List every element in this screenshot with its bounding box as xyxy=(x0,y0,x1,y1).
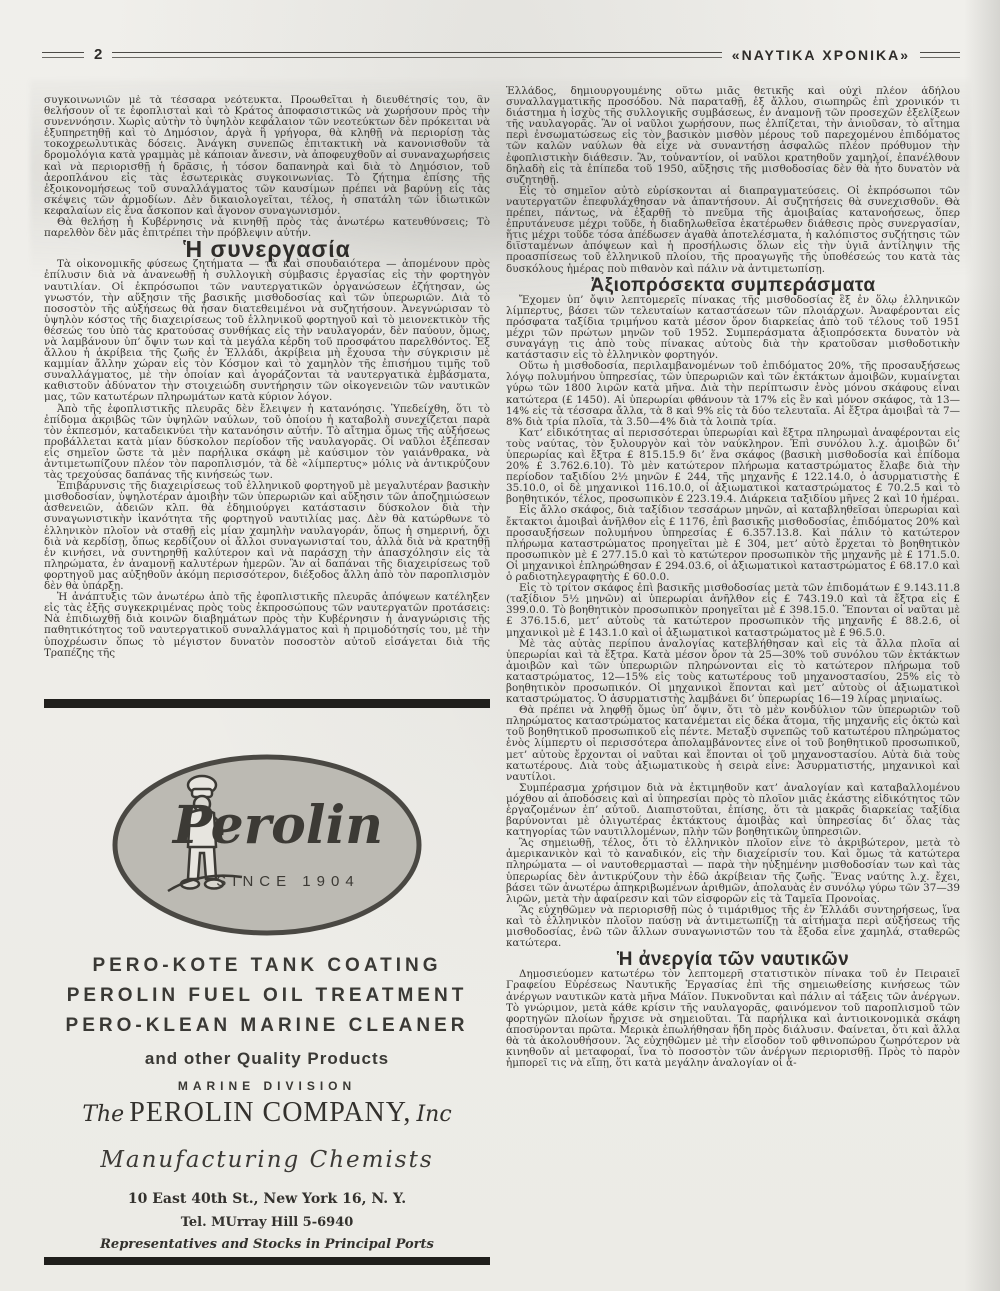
ad-bottom-rule xyxy=(44,1257,490,1265)
right-column-intro: Ἑλλάδος, δημιουργουμένης οὕτω μιᾶς θετικ… xyxy=(506,86,960,275)
page-number: 2 xyxy=(94,46,102,63)
perolin-logo: Perolin SINCE 1904 xyxy=(110,751,424,939)
left-column-body: Τὰ οἰκονομικῆς φύσεως ζητήματα — τὰ καὶ … xyxy=(44,259,490,658)
ad-product-line: PERO-KLEAN MARINE CLEANER xyxy=(44,1015,490,1037)
perolin-advertisement: Perolin SINCE 1904 PERO-KOTE TANK COATIN… xyxy=(44,699,490,1265)
page-header: 2 «ΝΑΥΤΙΚΑ ΧΡΟΝΙΚΑ» xyxy=(42,46,960,63)
ad-address: 10 East 40th St., New York 16, N. Y. xyxy=(44,1191,490,1207)
right-column-mid: Ἔχομεν ὑπ’ ὄψιν λεπτομερεῖς πίνακας τῆς … xyxy=(506,295,960,950)
header-rule-left xyxy=(42,52,84,58)
paragraph: Ἀπὸ τῆς ἐφοπλιστικῆς πλευρᾶς δὲν ἔλειψεν… xyxy=(44,404,490,482)
paragraph: Ἂς σημειωθῇ, τέλος, ὅτι τὸ ἑλληνικὸν πλο… xyxy=(506,838,960,905)
ad-product-list: PERO-KOTE TANK COATING PEROLIN FUEL OIL … xyxy=(44,947,490,1069)
svg-text:SINCE 1904: SINCE 1904 xyxy=(216,873,359,890)
ad-product-line: PEROLIN FUEL OIL TREATMENT xyxy=(44,985,490,1007)
section-heading-anergia: Ἡ ἀνεργία τῶν ναυτικῶν xyxy=(506,954,960,965)
paragraph: Δημοσιεύομεν κατωτέρω τὸν λεπτομερῆ στατ… xyxy=(506,969,960,1069)
paragraph: Ἑλλάδος, δημιουργουμένης οὕτω μιᾶς θετικ… xyxy=(506,86,960,186)
left-column: συγκοινωνιῶν μὲ τὰ τέσσαρα νεότευκτα. Πρ… xyxy=(44,95,490,698)
company-the: The xyxy=(82,1102,124,1127)
ad-tagline: and other Quality Products xyxy=(44,1049,490,1069)
masthead-title: «ΝΑΥΤΙΚΑ ΧΡΟΝΙΚΑ» xyxy=(732,47,910,63)
paragraph: Τὰ οἰκονομικῆς φύσεως ζητήματα — τὰ καὶ … xyxy=(44,259,490,403)
paragraph: Ἡ ἀνάπτυξις τῶν ἀνωτέρω ἀπὸ τῆς ἐφοπλιστ… xyxy=(44,592,490,659)
paragraph: Μὲ τὰς αὐτὰς περίπου ἀναλογίας κατεβλήθη… xyxy=(506,639,960,706)
paragraph: Εἰς τὸ σημεῖον αὐτὸ εὑρίσκονται αἱ διαπρ… xyxy=(506,186,960,275)
company-inc: Inc xyxy=(416,1102,451,1127)
paragraph: Θὰ πρέπει νὰ ληφθῇ ὅμως ὑπ’ ὄψιν, ὅτι τὸ… xyxy=(506,705,960,783)
paragraph: συγκοινωνιῶν μὲ τὰ τέσσαρα νεότευκτα. Πρ… xyxy=(44,95,490,217)
section-heading-synergasia: Ἡ συνεργασία xyxy=(44,244,490,255)
page-edge-shadow xyxy=(964,0,1000,1291)
ad-product-line: PERO-KOTE TANK COATING xyxy=(44,955,490,977)
ad-top-rule xyxy=(44,699,490,708)
header-rule-right xyxy=(920,52,960,58)
right-column-bottom: Δημοσιεύομεν κατωτέρω τὸν λεπτομερῆ στατ… xyxy=(506,969,960,1069)
paragraph: Συμπέρασμα χρήσιμον διὰ νὰ ἐκτιμηθοῦν κα… xyxy=(506,783,960,838)
svg-text:Perolin: Perolin xyxy=(171,795,383,856)
section-heading-symperasmata: Ἀξιοπρόσεκτα συμπεράσματα xyxy=(506,280,960,291)
ad-phone: Tel. MUrray Hill 5-6940 xyxy=(44,1215,490,1230)
paragraph: Εἰς ἄλλο σκάφος, διὰ ταξίδιον τεσσάρων μ… xyxy=(506,505,960,583)
paragraph: Οὕτω ἡ μισθοδοσία, περιλαμβανομένων τοῦ … xyxy=(506,361,960,428)
ad-company-name: The PEROLIN COMPANY, Inc xyxy=(44,1097,490,1129)
company-main: PEROLIN COMPANY, xyxy=(129,1097,411,1128)
magazine-page: { "header": { "page_number": "2", "masth… xyxy=(0,0,1000,1291)
paragraph: Ἂς εὐχηθῶμεν νὰ περιορισθῇ πὼς ὁ τιμάριθ… xyxy=(506,905,960,949)
paragraph: Ἐπιβάρυνσις τῆς διαχειρίσεως τοῦ ἑλληνικ… xyxy=(44,481,490,592)
paragraph: Εἰς τὸ τρίτον σκάφος ἐπὶ βασικῆς μισθοδο… xyxy=(506,583,960,638)
paragraph: Ἔχομεν ὑπ’ ὄψιν λεπτομερεῖς πίνακας τῆς … xyxy=(506,295,960,362)
ad-footer-line: Representatives and Stocks in Principal … xyxy=(44,1237,490,1252)
ad-division-label: MARINE DIVISION xyxy=(44,1079,490,1093)
ad-subtitle: Manufacturing Chemists xyxy=(44,1147,490,1173)
left-column-intro: συγκοινωνιῶν μὲ τὰ τέσσαρα νεότευκτα. Πρ… xyxy=(44,95,490,239)
header-rule-middle xyxy=(112,52,721,58)
right-column: Ἑλλάδος, δημιουργουμένης οὕτω μιᾶς θετικ… xyxy=(506,86,960,1281)
paragraph: Κατ’ εἰδικότητας αἱ περισσότεραι ὑπερωρί… xyxy=(506,428,960,506)
